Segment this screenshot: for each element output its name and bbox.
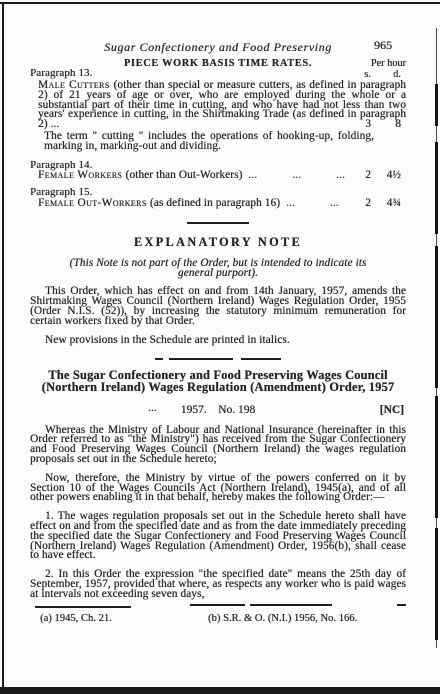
paragraph-13-label: Paragraph 13.: [30, 67, 92, 79]
cutting-term-note: The term " cutting " includes the operat…: [44, 132, 374, 152]
order-number-line: ... 1957. No. 198 [NC]: [30, 404, 406, 416]
explanatory-note-paragraph-2: New provisions in the Schedule are print…: [30, 336, 406, 346]
order-title: The Sugar Confectionery and Food Preserv…: [37, 370, 399, 393]
explanatory-note-paragraph-1: This Order, which has effect on and from…: [30, 287, 406, 326]
explanatory-note-heading: EXPLANATORY NOTE: [30, 235, 406, 250]
paragraph-14-entry: Female Workers (other than Out-Workers) …: [38, 171, 406, 181]
recital-whereas: Whereas the Ministry of Labour and Natio…: [30, 426, 406, 465]
article-1: 1. The wages regulation proposals set ou…: [30, 512, 406, 561]
running-header: Sugar Confectionery and Food Preserving: [104, 40, 332, 54]
scan-edge-bottom: [0, 687, 440, 694]
page-number: 965: [374, 38, 392, 53]
leader-dots: ...: [148, 402, 157, 414]
footnote-b: (b) S.R. & O. (N.I.) 1956, No. 166.: [208, 613, 357, 624]
leader-dots: ... ...: [280, 199, 353, 209]
footnote-rule-right: [190, 604, 332, 606]
section-divider-rule: [187, 222, 249, 224]
article-2: 2. In this Order the expression "the spe…: [30, 570, 406, 599]
footnote-rules: [30, 603, 406, 610]
footnote-a: (a) 1945, Ch. 21.: [40, 613, 112, 624]
paragraph-14-worker-class: Female Workers: [38, 169, 126, 181]
scan-edge-segment: [435, 84, 438, 126]
scan-edge-left: [2, 2, 4, 694]
paragraph-13-rate-shillings: 3: [353, 120, 371, 130]
scan-edge-segment: [435, 142, 438, 234]
paragraph-13-rate-pence: 8: [371, 120, 406, 130]
scan-edge-segment: [435, 246, 438, 388]
scan-edge-segment: [435, 528, 438, 640]
paragraph-15-rate-shillings: 2: [353, 199, 371, 209]
paragraph-15-worker-class: Female Out-Workers: [38, 197, 150, 209]
paragraph-14-rate-pence: 4½: [371, 171, 406, 181]
paragraph-13-rate: 3 8: [353, 120, 406, 130]
footnote-rule-left: [35, 606, 131, 608]
footnotes: (a) 1945, Ch. 21. (b) S.R. & O. (N.I.) 1…: [30, 613, 406, 625]
scan-edge-top: [0, 2, 440, 4]
paragraph-13-entry: Male Cutters (other than special or meas…: [38, 81, 406, 130]
paragraph-15-entry-text: (as defined in paragraph 16): [150, 197, 280, 209]
paragraph-14-entry-text: (other than Out-Workers): [126, 169, 243, 181]
explanatory-note-purport: (This Note is not part of the Order, but…: [62, 259, 374, 279]
order-divider-rule: [155, 358, 281, 360]
scan-edge-segment: [435, 396, 438, 518]
scanned-document-page: Sugar Confectionery and Food Preserving …: [0, 0, 440, 694]
footnote-rule-edge: [397, 604, 406, 606]
paragraph-14-rate-shillings: 2: [353, 171, 371, 181]
order-corner-tag: [NC]: [380, 404, 404, 416]
order-number: 1957. No. 198: [181, 404, 255, 416]
paragraph-15-entry: Female Out-Workers (as defined in paragr…: [38, 199, 406, 209]
recital-now-therefore: Now, therefore, the Ministry by virtue o…: [30, 474, 406, 503]
paragraph-15-rate-pence: 4¾: [371, 199, 406, 209]
per-hour-column-label: Per hour: [371, 58, 406, 69]
leader-dots: ... ... ...: [242, 171, 353, 181]
